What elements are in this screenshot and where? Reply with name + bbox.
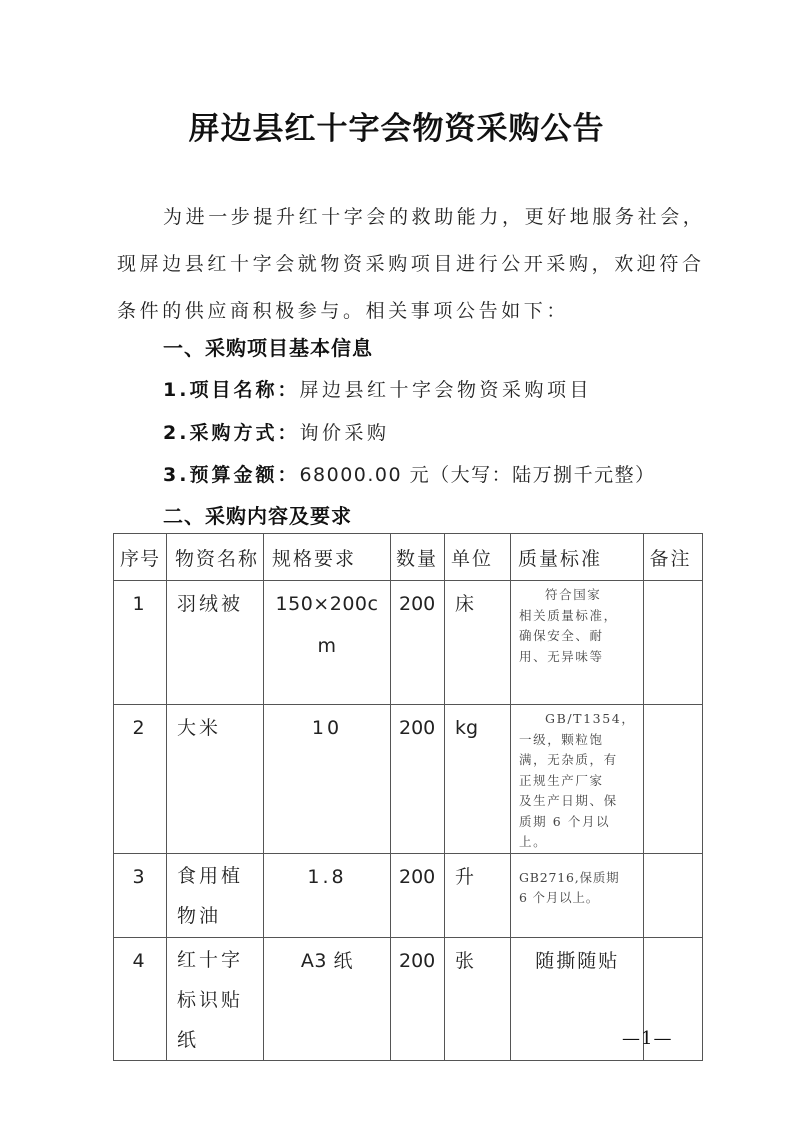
document-title: 屏边县红十字会物资采购公告 <box>0 103 793 148</box>
cell-no: 4 <box>114 938 166 982</box>
cell-name: 羽绒被 <box>167 581 263 625</box>
cell-quality: 符合国家 相关质量标准， 确保安全、耐 用、无异味等 <box>511 581 643 667</box>
info-label: 2.采购方式： <box>163 422 299 444</box>
info-value: 68000.00 元（大写：陆万捌千元整） <box>299 464 655 486</box>
header-note: 备注 <box>644 534 703 581</box>
cell-note <box>644 938 702 940</box>
cell-qty: 200 <box>391 854 444 898</box>
info-project-name: 1.项目名称：屏边县红十字会物资采购项目 <box>163 375 592 402</box>
table-row: 1 羽绒被 150×200cm 200 床 符合国家 相关质量标准， 确保安全、… <box>114 581 703 705</box>
table-row: 4 红十字标识贴纸 A3 纸 200 张 随撕随贴 <box>114 937 703 1060</box>
info-label: 3.预算金额： <box>163 464 299 486</box>
section-heading-content: 二、采购内容及要求 <box>163 500 352 529</box>
cell-note <box>644 581 702 583</box>
header-quality: 质量标准 <box>511 534 644 581</box>
cell-quality: GB/T1354， 一级，颗粒饱 满，无杂质，有 正规生产厂家 及生产日期、保 … <box>511 705 643 853</box>
info-procurement-method: 2.采购方式：询价采购 <box>163 418 389 445</box>
info-value: 屏边县红十字会物资采购项目 <box>299 379 592 401</box>
page-number: —1— <box>622 1028 672 1049</box>
cell-qty: 200 <box>391 705 444 749</box>
intro-line-2: 现屏边县红十字会就物资采购项目进行公开采购，欢迎符合 <box>117 241 705 288</box>
cell-unit: kg <box>445 705 510 749</box>
cell-note <box>644 705 702 707</box>
cell-quality: 随撕随贴 <box>511 938 643 982</box>
cell-unit: 张 <box>445 938 510 982</box>
intro-line-3: 条件的供应商积极参与。相关事项公告如下： <box>117 288 569 335</box>
cell-spec: 10 <box>264 705 390 749</box>
cell-name: 红十字标识贴纸 <box>167 938 263 1060</box>
cell-quality: GB2716,保质期 6 个月以上。 <box>511 854 643 909</box>
cell-no: 1 <box>114 581 166 625</box>
header-qty: 数量 <box>391 534 445 581</box>
table-row: 3 食用植物油 1.8 200 升 GB2716,保质期 6 个月以上。 <box>114 853 703 937</box>
header-no: 序号 <box>114 534 167 581</box>
cell-qty: 200 <box>391 581 444 625</box>
cell-name: 食用植物油 <box>167 854 263 936</box>
cell-note <box>644 854 702 856</box>
cell-unit: 床 <box>445 581 510 625</box>
header-name: 物资名称 <box>167 534 264 581</box>
cell-name: 大米 <box>167 705 263 749</box>
info-value: 询价采购 <box>299 422 389 444</box>
info-budget: 3.预算金额：68000.00 元（大写：陆万捌千元整） <box>163 460 656 487</box>
table-header-row: 序号 物资名称 规格要求 数量 单位 质量标准 备注 <box>114 534 703 581</box>
table-row: 2 大米 10 200 kg GB/T1354， 一级，颗粒饱 满，无杂质，有 … <box>114 705 703 854</box>
header-spec: 规格要求 <box>264 534 391 581</box>
procurement-table: 序号 物资名称 规格要求 数量 单位 质量标准 备注 1 羽绒被 150×200… <box>113 533 703 1061</box>
cell-spec: 150×200cm <box>264 581 390 667</box>
cell-no: 2 <box>114 705 166 749</box>
intro-line-1: 为进一步提升红十字会的救助能力，更好地服务社会， <box>163 194 705 241</box>
cell-qty: 200 <box>391 938 444 982</box>
info-label: 1.项目名称： <box>163 379 299 401</box>
header-unit: 单位 <box>445 534 511 581</box>
cell-spec: A3 纸 <box>264 938 390 982</box>
cell-no: 3 <box>114 854 166 898</box>
cell-spec: 1.8 <box>264 854 390 898</box>
section-heading-basic-info: 一、采购项目基本信息 <box>163 332 373 361</box>
cell-unit: 升 <box>445 854 510 898</box>
